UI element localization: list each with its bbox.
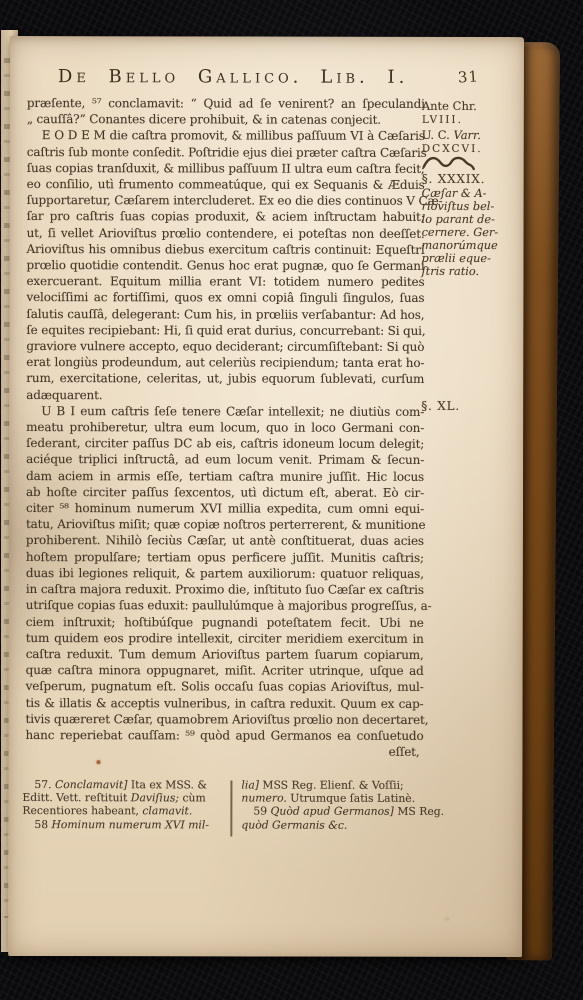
footnote-column-right: lia] MSS Reg. Elienſ. & Voſſii;numero. U…: [241, 778, 427, 831]
body-line: ſupportaretur, Cæſarem intercluderet. Ex…: [27, 192, 425, 209]
body-line: ciem inſtruxit; hoſtibúſque pugnandi pot…: [26, 614, 424, 631]
body-line: dam aciem in armis eſſe, tertiam caſtra …: [26, 468, 424, 485]
body-line: in caſtra majora reduxit. Proximo die, i…: [26, 581, 424, 598]
footnote-line: numero. Utrumque ſatis Latinè.: [241, 792, 427, 806]
body-line: veſperum, pugnatum eſt. Solis occaſu ſua…: [26, 678, 424, 695]
margin-note: lo parant de-: [422, 213, 495, 226]
text-segment: Varr.: [453, 128, 481, 142]
footnote-column-divider: [230, 780, 232, 836]
footnote-line: quòd Germanis &c.: [241, 818, 427, 832]
body-line: duas ibi legiones reliquit, & partem aux…: [26, 565, 424, 582]
body-line: ſuas copias tranſduxit, & millibus paſſu…: [27, 160, 425, 177]
text-segment: Quòd apud Germanos]: [271, 805, 394, 818]
footnotes-block: 57. Conclamavit] Ita ex MSS. &Editt. Vet…: [8, 778, 522, 869]
body-line: Arioviſtus his omnibus diebus exercitum …: [27, 241, 425, 258]
text-segment: MSS Reg. Elienſ. & Voſſii;: [259, 779, 404, 792]
body-line: tatu, Arioviſtus miſit; quæ copiæ noſtro…: [26, 516, 424, 533]
text-segment: Editt. Vett. reſtituit: [22, 791, 130, 804]
text-segment: Utrumque ſatis Latinè.: [287, 792, 415, 805]
margin-note: U. C. Varr.: [422, 128, 481, 142]
text-segment: Ita ex MSS. &: [127, 778, 207, 791]
margin-note: LVIII.: [422, 114, 463, 126]
book-number: Lib. I.: [320, 67, 408, 88]
margin-note: ſtris ratio.: [421, 265, 479, 278]
body-line: ſe equites recipiebant: Hi, ſi quid erat…: [26, 322, 424, 339]
squiggle-ornament-svg: [422, 153, 478, 173]
body-line: præſente, ⁵⁷ conclamavit: “ Quid ad ſe v…: [27, 95, 425, 112]
body-line: tis & illatis & acceptis vulneribus, in …: [26, 695, 424, 712]
body-line: hoſtem propulſare; tertiam opus perficer…: [26, 549, 424, 566]
body-line: exercuerant. Equitum millia erant VI: to…: [26, 273, 424, 290]
body-line: velociſſimi ac fortiſſimi, quos ex omni …: [26, 289, 424, 306]
footnote-line: 58 Hominum numerum XVI mil-: [22, 818, 228, 832]
body-line: utriſque copias ſuas eduxit: paullulúmqu…: [26, 597, 424, 614]
page-title: De Bello Gallico.: [58, 66, 303, 88]
body-line: tivis quæreret Cæſar, quamobrem Arioviſt…: [26, 711, 424, 728]
margin-note: cernere. Ger-: [422, 226, 499, 239]
body-line: ſalutis cauſſâ, delegerant: Cum his, in …: [26, 306, 424, 323]
margin-note: §. XXXIX.: [422, 172, 486, 186]
text-segment: Daviſius;: [131, 791, 179, 804]
margin-notes-column: Ante Chr.LVIII.U. C. Varr.DCXCVI. §. XXX…: [420, 99, 525, 799]
ink-stain: [96, 760, 100, 764]
book-page: De Bello Gallico.Lib. I. 31 præſente, ⁵⁷…: [8, 36, 524, 957]
footnote-line: Recentiores habeant, clamavit.: [22, 804, 228, 818]
text-segment: U. C.: [422, 128, 454, 142]
margin-note: Cæſar & A-: [422, 187, 487, 200]
margin-note: rioviſtus bel-: [422, 200, 495, 213]
body-line: erat longiùs prodeundum, aut celeriùs re…: [26, 354, 424, 371]
body-line: aciéque triplici inſtructâ, ad eum locum…: [26, 452, 424, 469]
text-segment: cùm: [179, 792, 206, 805]
margin-note: §. XL.: [421, 399, 460, 413]
text-segment: MS Reg.: [394, 805, 444, 818]
footnote-column-left: 57. Conclamavit] Ita ex MSS. &Editt. Vet…: [22, 778, 228, 831]
body-line: „ cauſſâ?” Conantes dicere prohibuit, & …: [27, 111, 425, 128]
text-segment: numero.: [241, 792, 286, 805]
body-line: graviore vulnere accepto, equo decideran…: [26, 338, 424, 355]
body-line: ſederant, circiter paſſus DC ab eis, caſ…: [26, 435, 424, 452]
margin-note: prælii eque-: [422, 252, 491, 265]
footnote-line: lia] MSS Reg. Elienſ. & Voſſii;: [241, 778, 427, 792]
body-line: prohiberent. Nihilò ſeciùs Cæſar, ut ant…: [26, 533, 424, 550]
body-line: U B I eum caſtris ſeſe tenere Cæſar inte…: [26, 403, 424, 420]
text-segment: 57.: [34, 778, 55, 791]
body-line: eſſet,: [25, 743, 423, 760]
body-line: rum, exercitatione, celeritas, ut, jubis…: [26, 370, 424, 387]
page-number: 31: [457, 67, 479, 86]
running-head: De Bello Gallico.Lib. I.: [58, 66, 498, 88]
text-segment: 58: [34, 818, 51, 831]
body-line: tum quidem eos prodire intellexit, circi…: [26, 630, 424, 647]
body-line: ſar pro caſtris ſuas copias produxit, & …: [27, 208, 425, 225]
body-line: citer ⁵⁸ hominum numerum XVI millia expe…: [26, 500, 424, 517]
text-segment: 59: [253, 805, 270, 818]
body-column: præſente, ⁵⁷ conclamavit: “ Quid ad ſe v…: [25, 95, 424, 760]
body-line: meatu prohiberetur, ultra eum locum, quo…: [26, 419, 424, 436]
footnote-line: 57. Conclamavit] Ita ex MSS. &: [22, 778, 228, 792]
text-segment: Recentiores habeant,: [22, 804, 142, 817]
squiggle-ornament: [422, 153, 478, 173]
body-line: prœlio quotidie contendit. Genus hoc era…: [27, 257, 425, 274]
margin-note: Ante Chr.: [422, 99, 477, 113]
body-line: hanc reperiebat cauſſam: ⁵⁹ quòd apud Ge…: [26, 727, 424, 744]
text-segment: Conclamavit]: [55, 778, 127, 791]
body-line: E O D E M die caſtra promovit, & millibu…: [27, 127, 425, 144]
body-line: adæquarent.: [26, 387, 424, 404]
margin-note: manorúmque: [422, 239, 498, 252]
text-segment: Hominum numerum XVI mil-: [52, 818, 210, 831]
paper-blemish: [444, 917, 450, 921]
body-line: caſtra reduxit. Tum demum Arioviſtus par…: [26, 646, 424, 663]
body-line: ab hoſte circiter paſſus ſexcentos, utì …: [26, 484, 424, 501]
body-line: caſtris ſub monte conſedit. Poſtridie ej…: [27, 144, 425, 161]
footnote-line: Editt. Vett. reſtituit Daviſius; cùm: [22, 791, 228, 805]
body-line: quæ caſtra minora oppugnaret, miſit. Acr…: [26, 662, 424, 679]
footnote-line: 59 Quòd apud Germanos] MS Reg.: [241, 805, 427, 819]
text-segment: quòd Germanis &c.: [241, 818, 347, 831]
text-segment: lia]: [241, 778, 259, 791]
text-segment: clamavit.: [142, 805, 192, 818]
body-line: eo conſilio, utì frumento commeatúque, q…: [27, 176, 425, 193]
body-line: ut, ſi vellet Arioviſtus prœlio contende…: [27, 225, 425, 242]
